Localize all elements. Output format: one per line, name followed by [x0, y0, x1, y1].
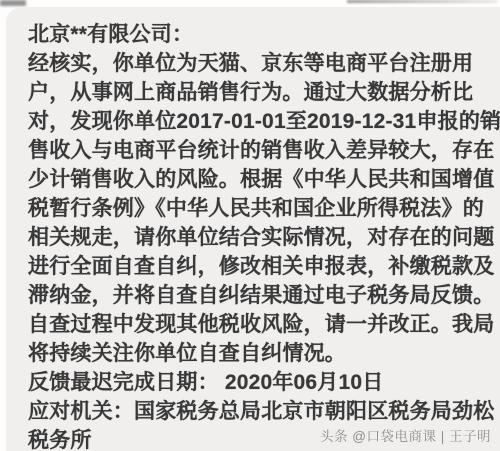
notice-body-line: 户，从事网上商品销售行为。通过大数据分析比 [28, 78, 482, 107]
notice-deadline-line: 反馈最迟完成日期： 2020年06月10日 [28, 368, 482, 397]
notice-body-line: 进行全面自查自纠，修改相关申报表，补缴税款及 [28, 252, 482, 281]
tax-notice-photo: 北京**有限公司： 经核实，你单位为天猫、京东等电商平台注册用 户，从事网上商品… [0, 0, 500, 451]
notice-body-line: 自查过程中发现其他税收风险，请一并改正。我局 [28, 310, 482, 339]
notice-body-line: 少计销售收入的风险。根据《中华人民共和国增值 [28, 165, 482, 194]
watermark: 头条 @口袋电商课 | 王子明 [320, 425, 491, 445]
notice-agency-line: 应对机关：国家税务总局北京市朝阳区税务局劲松 [28, 397, 482, 426]
photo-edge-artifact-left [0, 0, 26, 6]
notice-body-line: 将持续关注你单位自查自纠情况。 [28, 339, 482, 368]
notice-body-line: 对，发现你单位2017-01-01至2019-12-31申报的销 [28, 107, 482, 136]
notice-body-line: 经核实，你单位为天猫、京东等电商平台注册用 [28, 49, 482, 78]
photo-edge-artifact-right [347, 0, 497, 3]
notice-text-block: 北京**有限公司： 经核实，你单位为天猫、京东等电商平台注册用 户，从事网上商品… [6, 7, 500, 451]
notice-body-line: 税暂行条例》《中华人民共和国企业所得税法》的 [28, 194, 482, 223]
notice-body-line: 售收入与电商平台统计的销售收入差异较大，存在 [28, 136, 482, 165]
notice-body-line: 相关规走，请你单位结合实际情况，对存在的问题 [28, 223, 482, 252]
notice-salutation: 北京**有限公司： [28, 20, 482, 49]
notice-body-line: 滞纳金，并将自查自纠结果通过电子税务局反馈。 [28, 281, 482, 310]
